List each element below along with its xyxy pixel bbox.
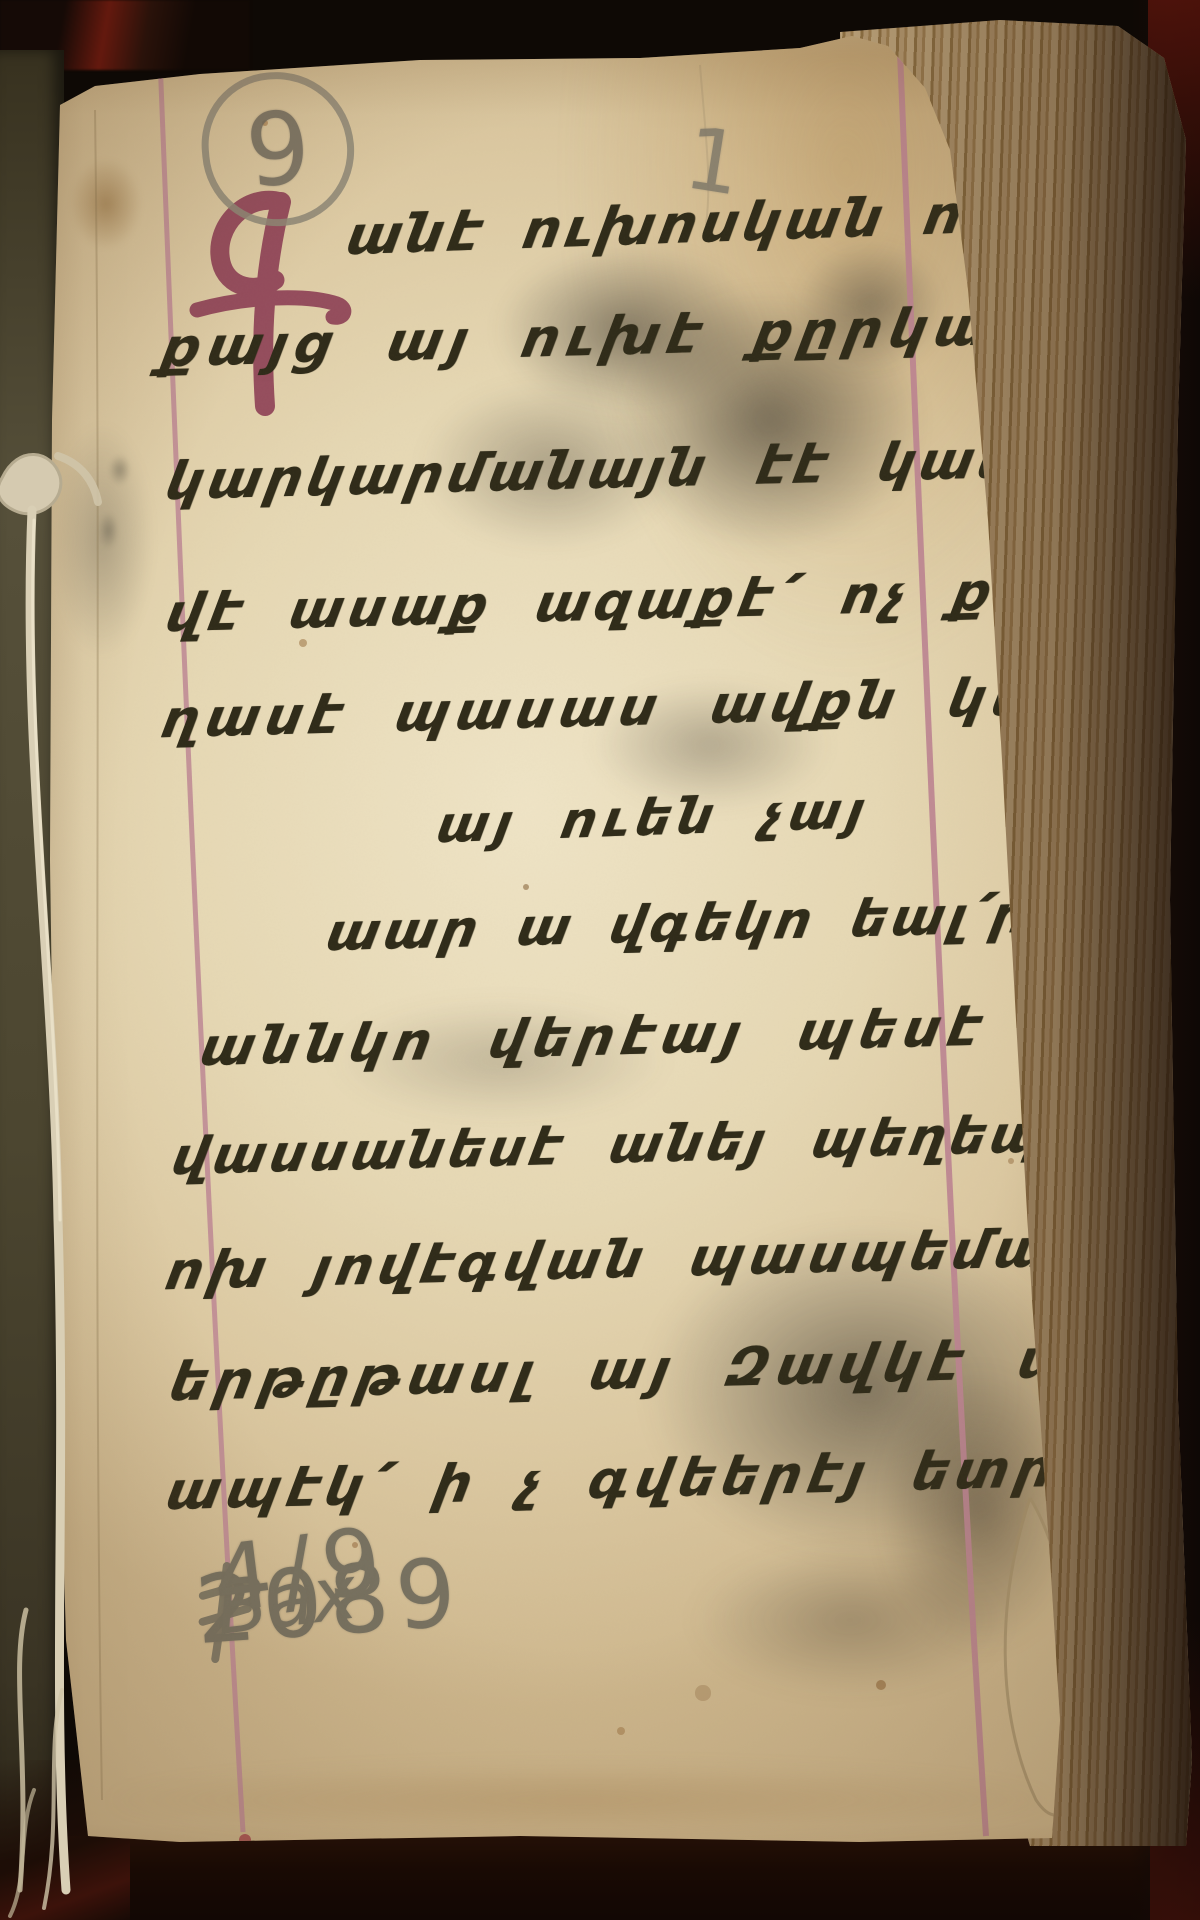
binding-threads	[0, 360, 140, 1920]
table-shadow-bottom	[0, 1836, 1200, 1920]
thread-knot	[0, 454, 61, 513]
manuscript-photo: անէ ուխոսկան ուկէ քայց այ ուխէ քըրկայ կա…	[0, 0, 1200, 1920]
